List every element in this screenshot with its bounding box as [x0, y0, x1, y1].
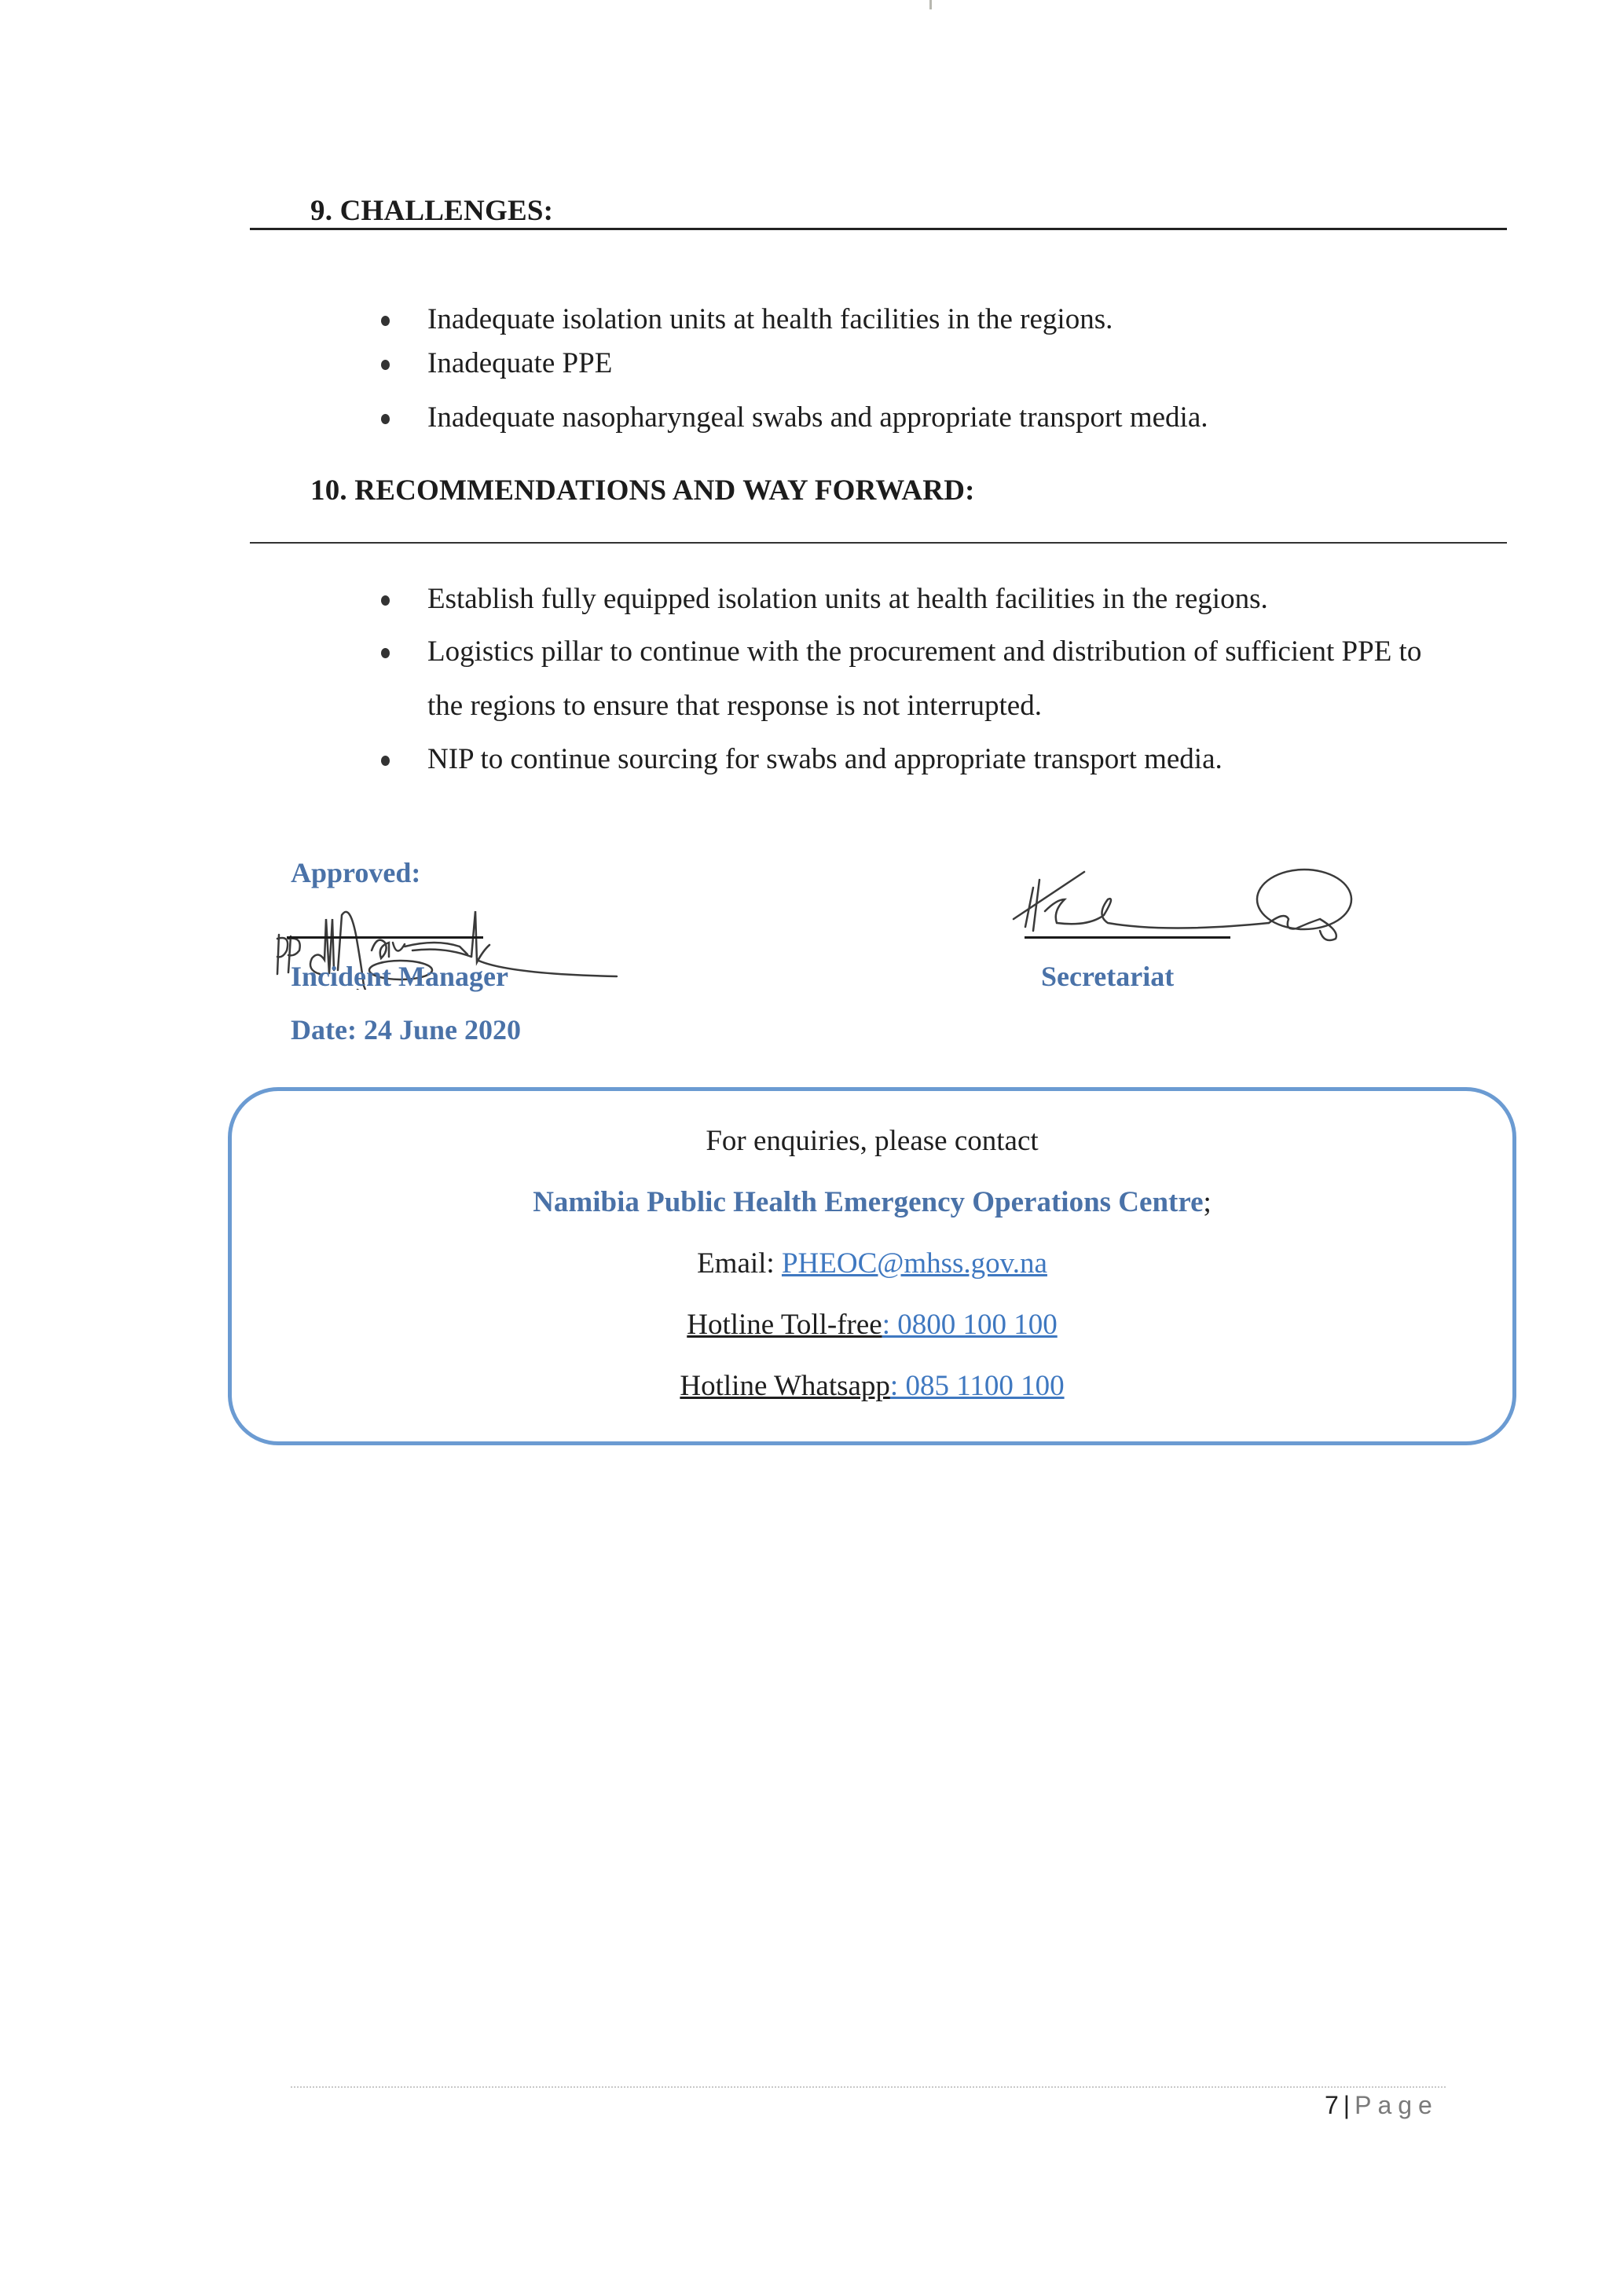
secretariat-label: Secretariat — [1041, 960, 1174, 993]
page-number: 7|Page — [1325, 2091, 1439, 2120]
recommendations-heading: 10. RECOMMENDATIONS AND WAY FORWARD: — [310, 474, 975, 507]
list-item: NIP to continue sourcing for swabs and a… — [377, 742, 1461, 777]
challenges-list: Inadequate isolation units at health fac… — [377, 302, 1208, 435]
recommendations-rule — [250, 542, 1507, 544]
footer-rule — [291, 2086, 1446, 2089]
contact-tollfree-row: Hotline Toll-free: 0800 100 100 — [232, 1308, 1512, 1342]
contact-intro: For enquiries, please contact — [232, 1124, 1512, 1158]
bullet-icon — [381, 756, 390, 766]
bullet-icon — [381, 316, 390, 326]
secretariat-signature-line — [1025, 936, 1230, 939]
contact-whatsapp-row: Hotline Whatsapp: 085 1100 100 — [232, 1369, 1512, 1403]
challenges-heading: 9. CHALLENGES: — [310, 194, 553, 228]
secretariat-signature-icon — [1010, 856, 1355, 958]
list-item: Inadequate nasopharyngeal swabs and appr… — [377, 401, 1208, 435]
approval-date: Date: 24 June 2020 — [291, 1013, 521, 1046]
incident-manager-signature-line — [287, 936, 483, 939]
bullet-icon — [381, 648, 390, 658]
bullet-icon — [381, 414, 390, 424]
challenges-rule — [250, 228, 1507, 230]
bullet-icon — [381, 595, 390, 606]
list-item: Establish fully equipped isolation units… — [377, 582, 1461, 617]
email-link[interactable]: PHEOC@mhss.gov.na — [782, 1247, 1047, 1280]
scan-artifact — [929, 0, 932, 9]
contact-organization: Namibia Public Health Emergency Operatio… — [232, 1185, 1512, 1219]
bullet-icon — [381, 360, 390, 370]
list-item: Inadequate PPE — [377, 346, 1208, 381]
contact-box: For enquiries, please contact Namibia Pu… — [228, 1087, 1516, 1445]
list-item: Inadequate isolation units at health fac… — [377, 302, 1208, 337]
incident-manager-label: Incident Manager — [291, 960, 508, 993]
contact-email-row: Email: PHEOC@mhss.gov.na — [232, 1247, 1512, 1280]
recommendations-list: Establish fully equipped isolation units… — [377, 582, 1461, 778]
list-item: Logistics pillar to continue with the pr… — [377, 624, 1461, 733]
tollfree-link[interactable]: : 0800 100 100 — [882, 1309, 1058, 1341]
whatsapp-link[interactable]: : 085 1100 100 — [890, 1370, 1065, 1402]
